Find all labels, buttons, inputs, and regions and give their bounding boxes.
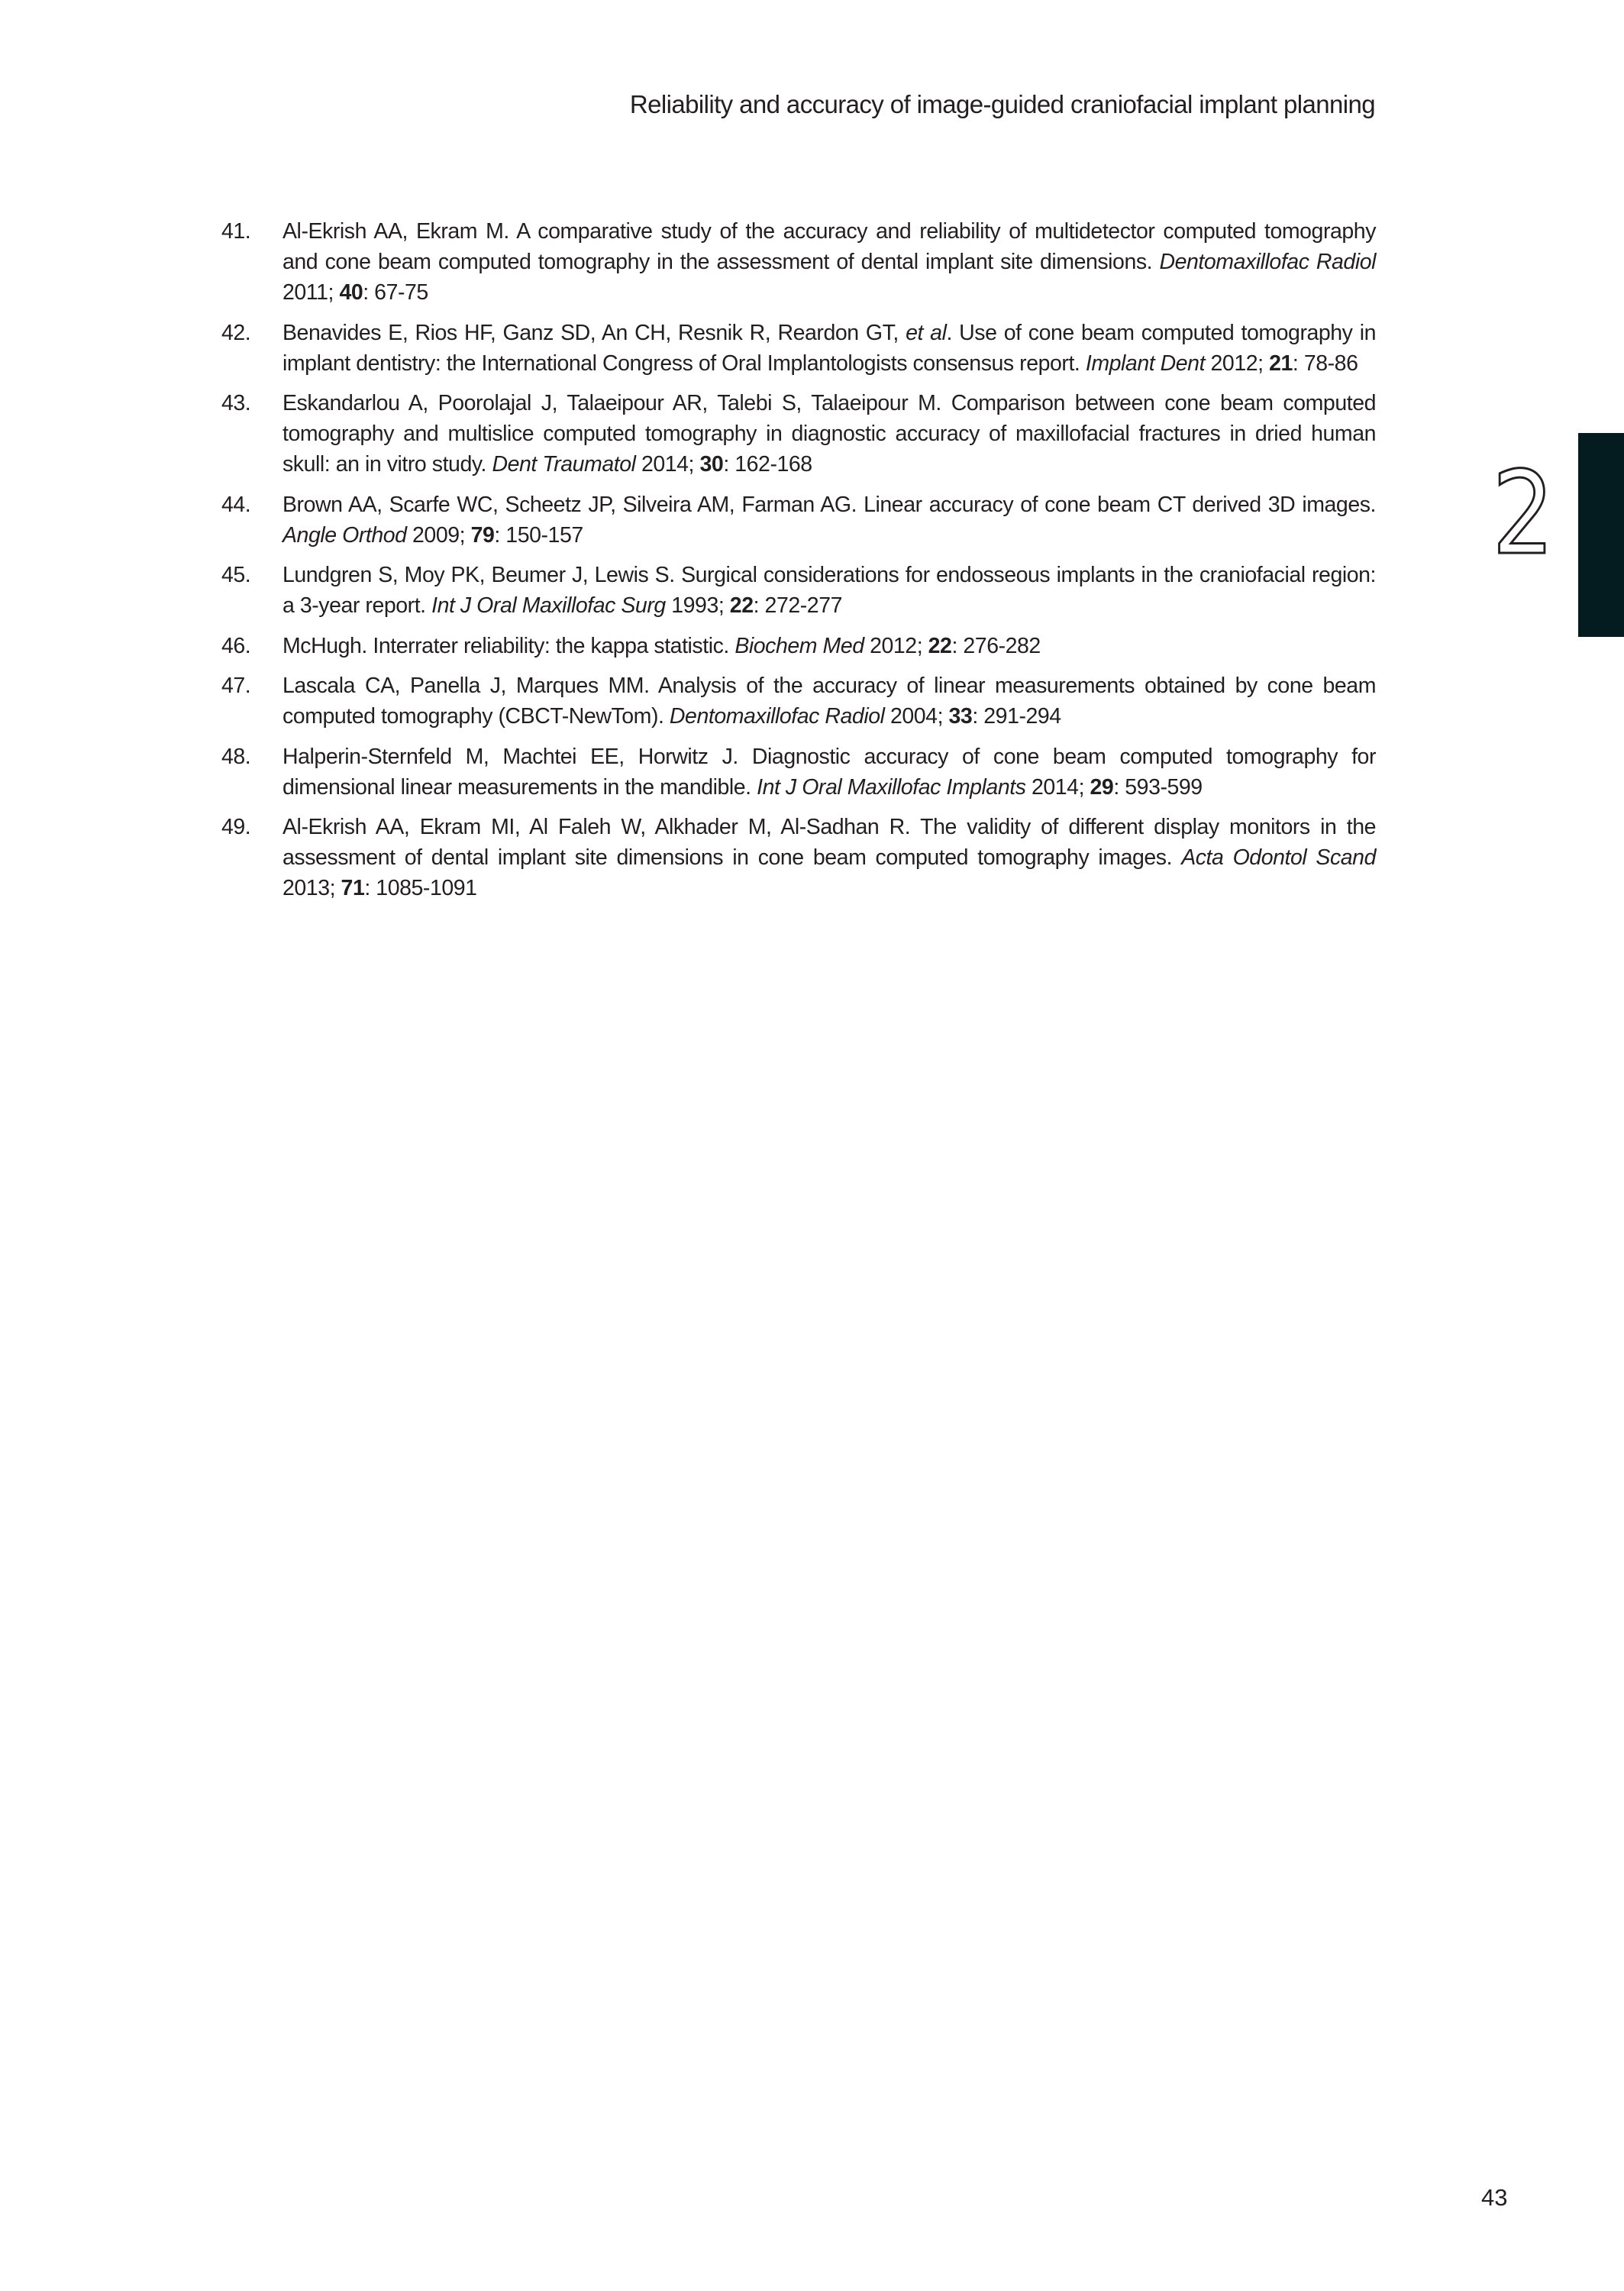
reference-text: Al-Ekrish AA, Ekram M. A comparative stu… <box>283 216 1376 308</box>
reference-text: Benavides E, Rios HF, Ganz SD, An CH, Re… <box>283 318 1376 379</box>
reference-number: 43. <box>221 388 283 480</box>
running-header: Reliability and accuracy of image-guided… <box>630 90 1375 119</box>
reference-text: Brown AA, Scarfe WC, Scheetz JP, Silveir… <box>283 490 1376 551</box>
reference-number: 41. <box>221 216 283 308</box>
reference-item: 49. Al-Ekrish AA, Ekram MI, Al Faleh W, … <box>221 812 1376 903</box>
reference-number: 45. <box>221 560 283 621</box>
reference-text: Eskandarlou A, Poorolajal J, Talaeipour … <box>283 388 1376 480</box>
reference-text: Lascala CA, Panella J, Marques MM. Analy… <box>283 670 1376 732</box>
reference-text: Halperin-Sternfeld M, Machtei EE, Horwit… <box>283 742 1376 803</box>
reference-text: McHugh. Interrater reliability: the kapp… <box>283 631 1376 661</box>
chapter-number: 2 <box>1492 457 1555 571</box>
chapter-number-text: 2 <box>1492 457 1555 571</box>
reference-item: 44. Brown AA, Scarfe WC, Scheetz JP, Sil… <box>221 490 1376 551</box>
reference-item: 46. McHugh. Interrater reliability: the … <box>221 631 1376 661</box>
reference-number: 42. <box>221 318 283 379</box>
reference-number: 46. <box>221 631 283 661</box>
reference-item: 42. Benavides E, Rios HF, Ganz SD, An CH… <box>221 318 1376 379</box>
reference-text: Lundgren S, Moy PK, Beumer J, Lewis S. S… <box>283 560 1376 621</box>
reference-item: 41. Al-Ekrish AA, Ekram M. A comparative… <box>221 216 1376 308</box>
reference-number: 48. <box>221 742 283 803</box>
reference-number: 49. <box>221 812 283 903</box>
page-number: 43 <box>1481 2184 1507 2212</box>
reference-item: 43. Eskandarlou A, Poorolajal J, Talaeip… <box>221 388 1376 480</box>
reference-item: 47. Lascala CA, Panella J, Marques MM. A… <box>221 670 1376 732</box>
reference-text: Al-Ekrish AA, Ekram MI, Al Faleh W, Alkh… <box>283 812 1376 903</box>
reference-number: 44. <box>221 490 283 551</box>
reference-item: 45. Lundgren S, Moy PK, Beumer J, Lewis … <box>221 560 1376 621</box>
chapter-tab <box>1578 433 1624 637</box>
reference-list: 41. Al-Ekrish AA, Ekram M. A comparative… <box>221 216 1376 913</box>
reference-number: 47. <box>221 670 283 732</box>
reference-item: 48. Halperin-Sternfeld M, Machtei EE, Ho… <box>221 742 1376 803</box>
